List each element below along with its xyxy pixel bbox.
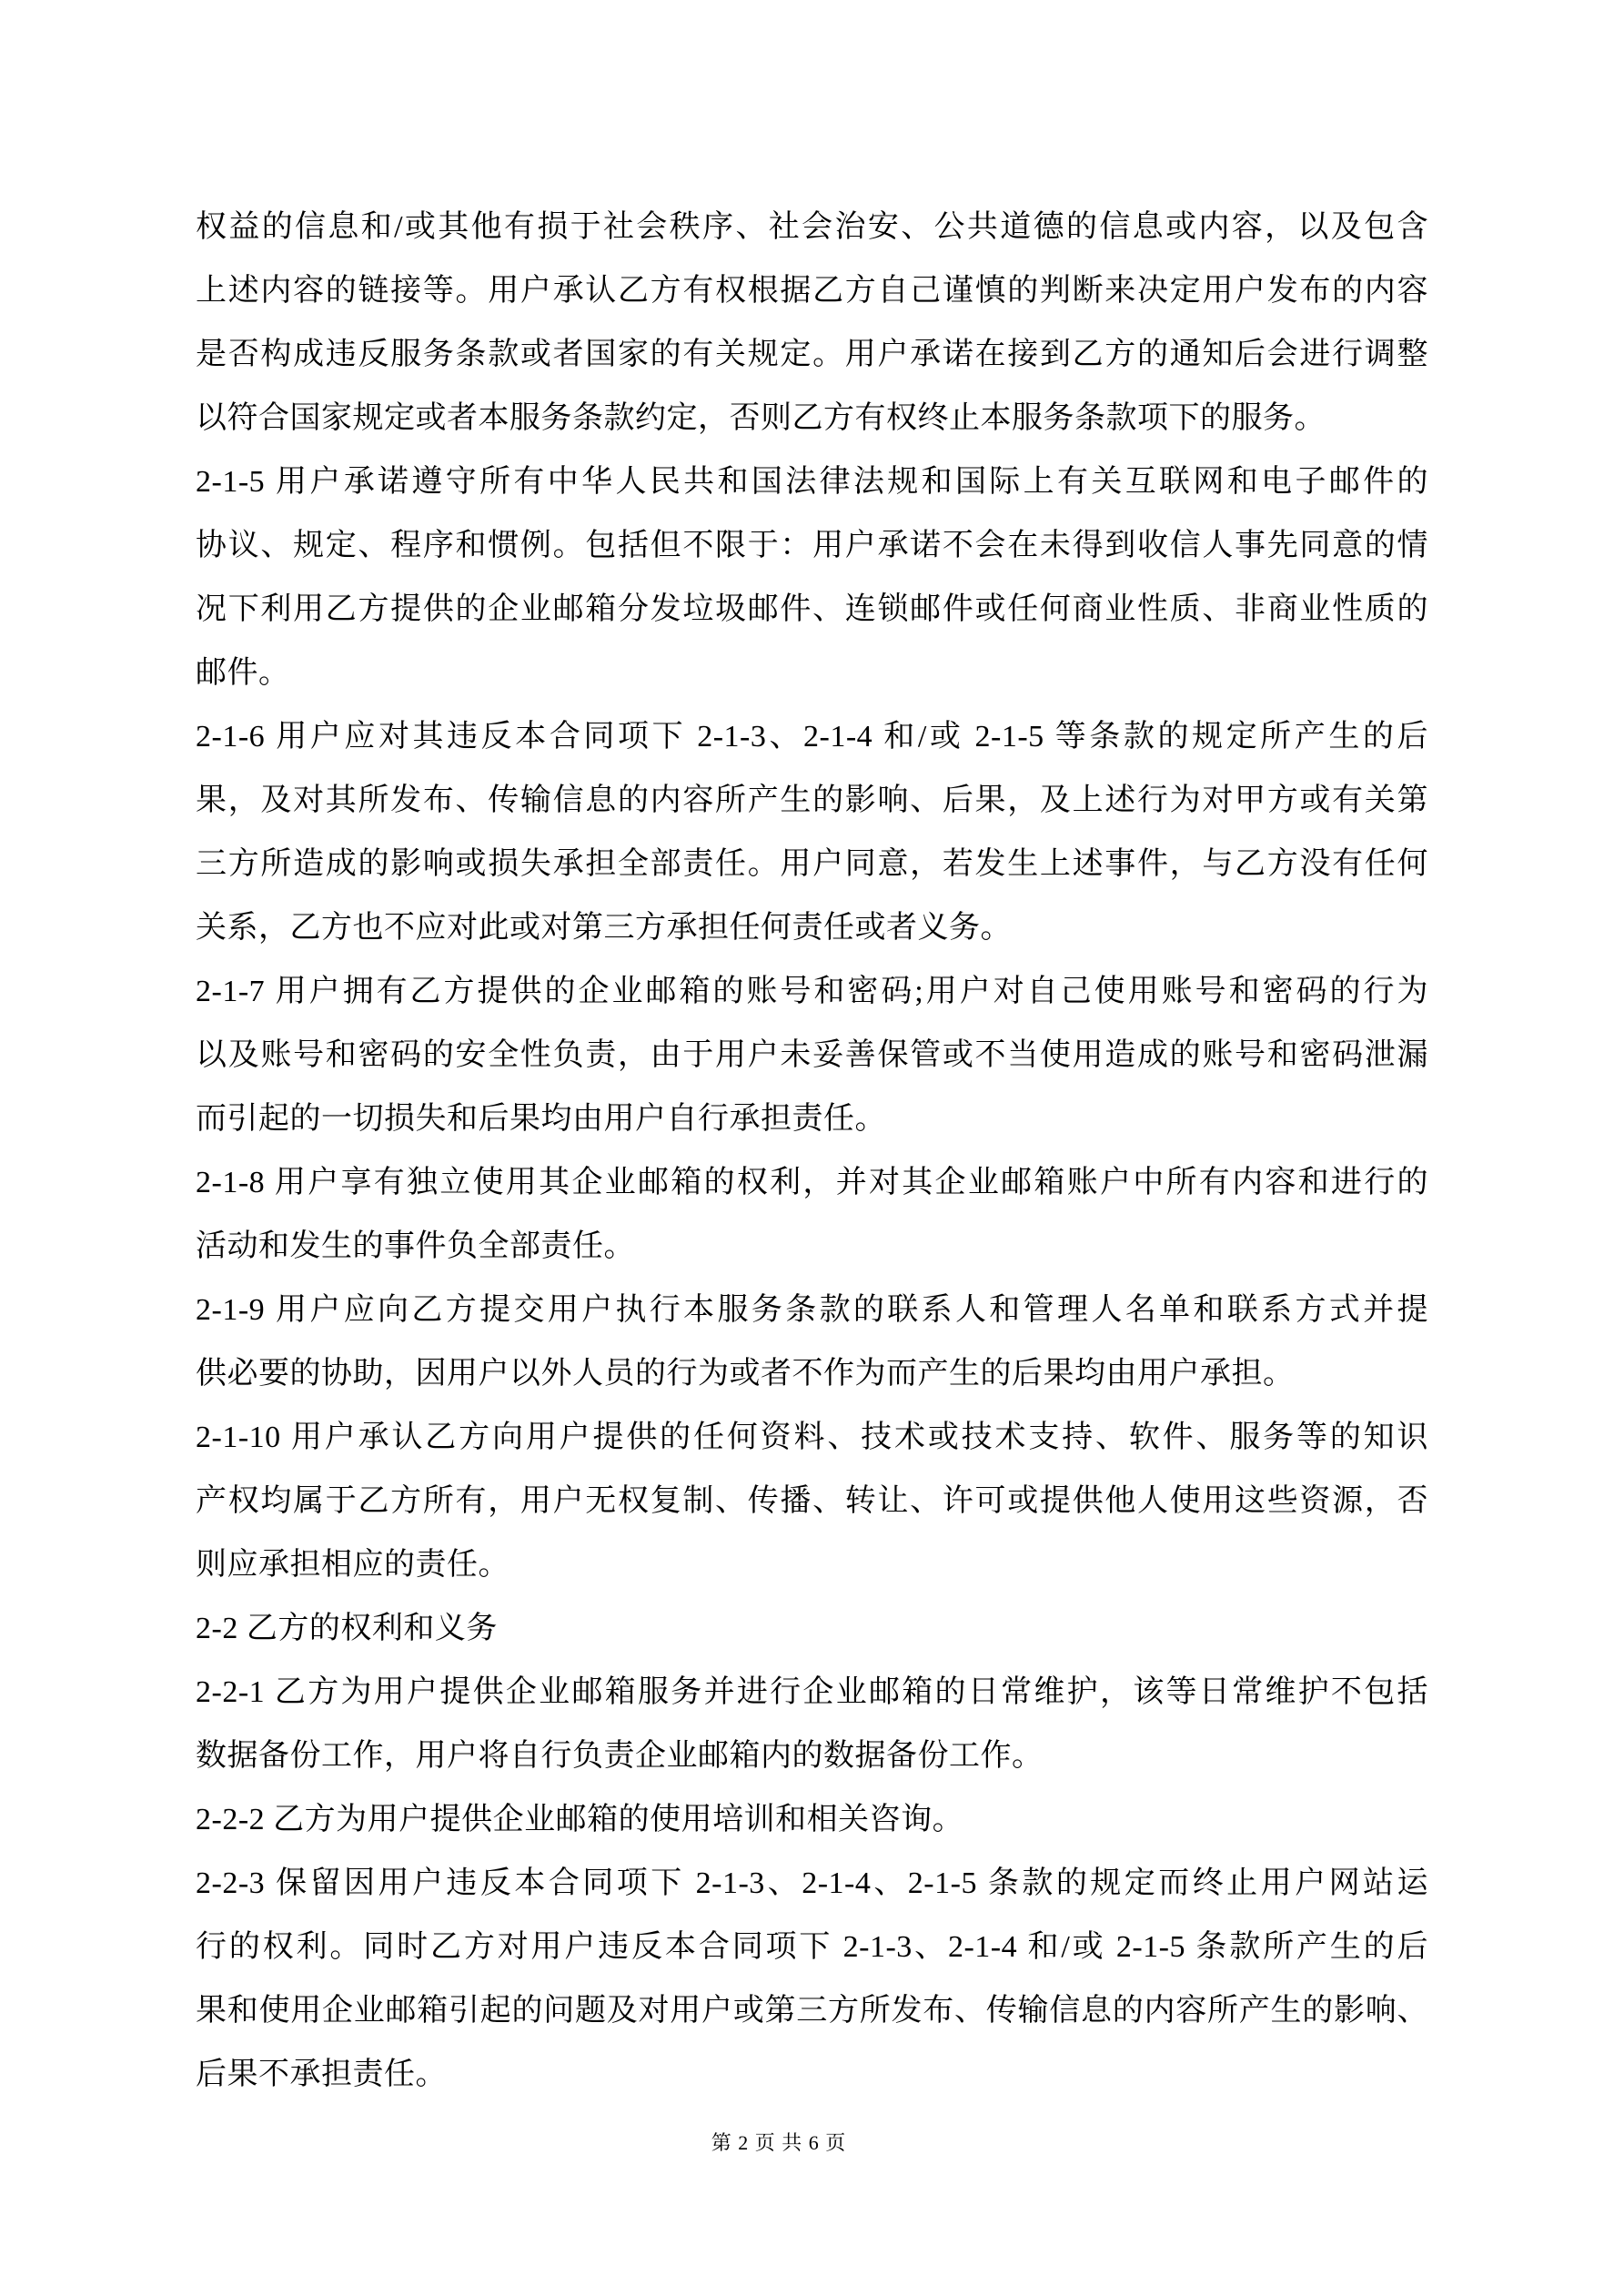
text-line: 是否构成违反服务条款或者国家的有关规定。用户承诺在接到乙方的通知后会进行调整 [196,323,1428,387]
text-line: 2-1-8 用户享有独立使用其企业邮箱的权利，并对其企业邮箱账户中所有内容和进行… [196,1151,1428,1215]
paragraph-2-2-1: 2-2-1 乙方为用户提供企业邮箱服务并进行企业邮箱的日常维护，该等日常维护不包… [196,1661,1428,1788]
text-line: 2-1-10 用户承认乙方向用户提供的任何资料、技术或技术支持、软件、服务等的知… [196,1406,1428,1470]
text-line: 供必要的协助，因用户以外人员的行为或者不作为而产生的后果均由用户承担。 [196,1342,1428,1406]
text-line: 2-1-9 用户应向乙方提交用户执行本服务条款的联系人和管理人名单和联系方式并提 [196,1279,1428,1342]
text-line: 活动和发生的事件负全部责任。 [196,1215,1428,1279]
page-footer: 第 2 页 共 6 页 [0,2129,1558,2157]
paragraph-2-1-10: 2-1-10 用户承认乙方向用户提供的任何资料、技术或技术支持、软件、服务等的知… [196,1406,1428,1597]
paragraph-2-1-5: 2-1-5 用户承诺遵守所有中华人民共和国法律法规和国际上有关互联网和电子邮件的… [196,450,1428,705]
text-line: 2-2-2 乙方为用户提供企业邮箱的使用培训和相关咨询。 [196,1788,1428,1852]
paragraph-2-1-9: 2-1-9 用户应向乙方提交用户执行本服务条款的联系人和管理人名单和联系方式并提… [196,1279,1428,1406]
document-body: 权益的信息和/或其他有损于社会秩序、社会治安、公共道德的信息或内容，以及包含上述… [196,196,1428,2107]
text-line: 果和使用企业邮箱引起的问题及对用户或第三方所发布、传输信息的内容所产生的影响、 [196,1979,1428,2043]
text-line: 数据备份工作，用户将自行负责企业邮箱内的数据备份工作。 [196,1725,1428,1788]
text-line: 关系，乙方也不应对此或对第三方承担任何责任或者义务。 [196,896,1428,960]
text-line: 2-2-3 保留因用户违反本合同项下 2-1-3、2-1-4、2-1-5 条款的… [196,1852,1428,1916]
paragraph-2-1-6: 2-1-6 用户应对其违反本合同项下 2-1-3、2-1-4 和/或 2-1-5… [196,705,1428,960]
text-line: 况下利用乙方提供的企业邮箱分发垃圾邮件、连锁邮件或任何商业性质、非商业性质的 [196,578,1428,642]
paragraph-2-2-2: 2-2-2 乙方为用户提供企业邮箱的使用培训和相关咨询。 [196,1788,1428,1852]
paragraph-2-1-8: 2-1-8 用户享有独立使用其企业邮箱的权利，并对其企业邮箱账户中所有内容和进行… [196,1151,1428,1279]
paragraph-continuation: 权益的信息和/或其他有损于社会秩序、社会治安、公共道德的信息或内容，以及包含上述… [196,196,1428,450]
text-line: 三方所造成的影响或损失承担全部责任。用户同意，若发生上述事件，与乙方没有任何 [196,833,1428,896]
text-line: 协议、规定、程序和惯例。包括但不限于：用户承诺不会在未得到收信人事先同意的情 [196,514,1428,578]
text-line: 2-1-5 用户承诺遵守所有中华人民共和国法律法规和国际上有关互联网和电子邮件的 [196,450,1428,514]
text-line: 行的权利。同时乙方对用户违反本合同项下 2-1-3、2-1-4 和/或 2-1-… [196,1916,1428,1979]
text-line: 后果不承担责任。 [196,2043,1428,2107]
paragraph-2-1-7: 2-1-7 用户拥有乙方提供的企业邮箱的账号和密码;用户对自己使用账号和密码的行… [196,960,1428,1151]
text-line: 2-2 乙方的权利和义务 [196,1597,1428,1661]
paragraph-2-2-3: 2-2-3 保留因用户违反本合同项下 2-1-3、2-1-4、2-1-5 条款的… [196,1852,1428,2107]
text-line: 而引起的一切损失和后果均由用户自行承担责任。 [196,1087,1428,1151]
text-line: 产权均属于乙方所有，用户无权复制、传播、转让、许可或提供他人使用这些资源，否 [196,1470,1428,1533]
text-line: 果，及对其所发布、传输信息的内容所产生的影响、后果，及上述行为对甲方或有关第 [196,769,1428,833]
paragraph-2-2: 2-2 乙方的权利和义务 [196,1597,1428,1661]
text-line: 以符合国家规定或者本服务条款约定，否则乙方有权终止本服务条款项下的服务。 [196,387,1428,450]
document-page: 权益的信息和/或其他有损于社会秩序、社会治安、公共道德的信息或内容，以及包含上述… [0,0,1624,2296]
text-line: 2-1-7 用户拥有乙方提供的企业邮箱的账号和密码;用户对自己使用账号和密码的行… [196,960,1428,1024]
text-line: 以及账号和密码的安全性负责，由于用户未妥善保管或不当使用造成的账号和密码泄漏 [196,1024,1428,1087]
text-line: 上述内容的链接等。用户承认乙方有权根据乙方自己谨慎的判断来决定用户发布的内容 [196,259,1428,323]
text-line: 权益的信息和/或其他有损于社会秩序、社会治安、公共道德的信息或内容，以及包含 [196,196,1428,259]
text-line: 2-1-6 用户应对其违反本合同项下 2-1-3、2-1-4 和/或 2-1-5… [196,705,1428,769]
text-line: 邮件。 [196,642,1428,705]
text-line: 2-2-1 乙方为用户提供企业邮箱服务并进行企业邮箱的日常维护，该等日常维护不包… [196,1661,1428,1725]
text-line: 则应承担相应的责任。 [196,1533,1428,1597]
